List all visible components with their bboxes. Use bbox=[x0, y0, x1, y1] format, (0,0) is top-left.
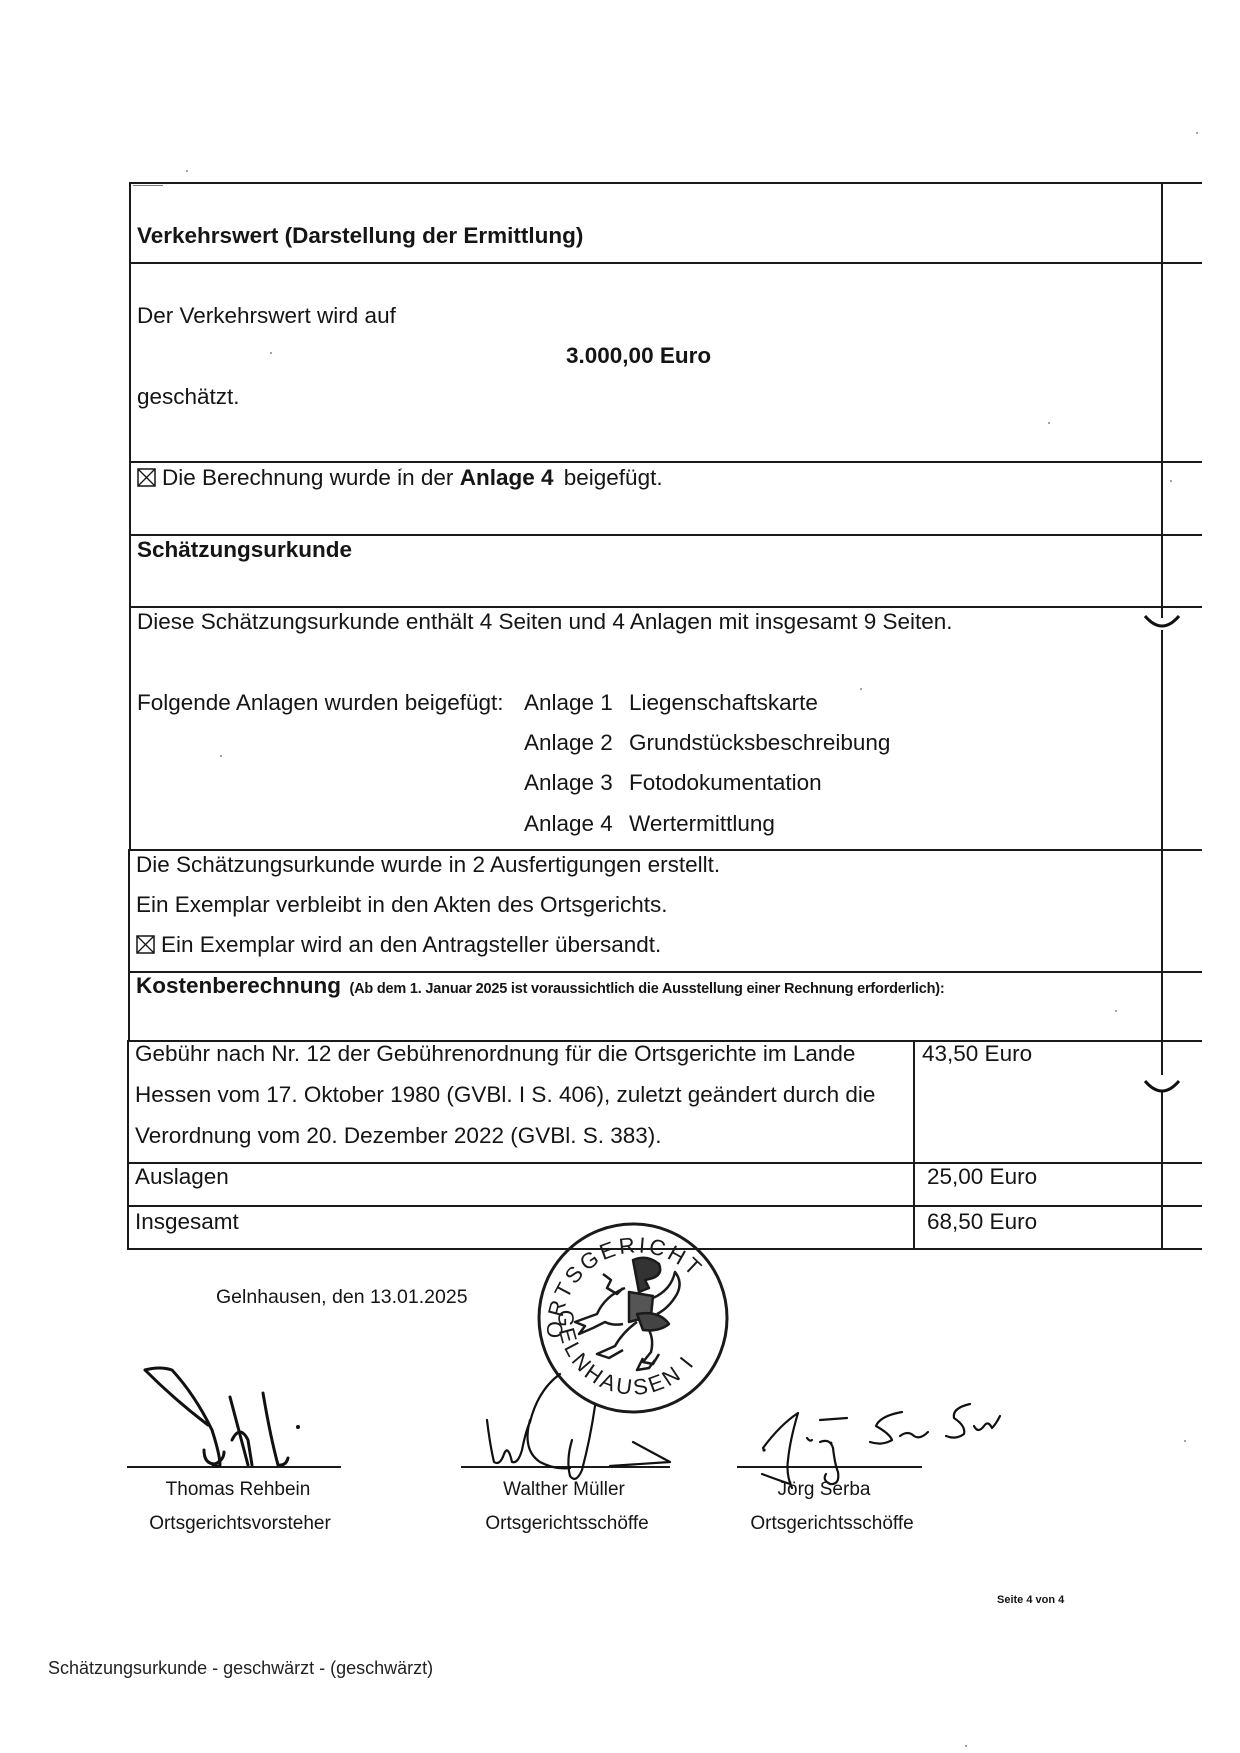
sent-line: Ein Exemplar wird an den Antragsteller ü… bbox=[136, 932, 661, 958]
attachments-label: Folgende Anlagen wurden beigefügt: bbox=[137, 690, 504, 716]
attachment-title: Fotodokumentation bbox=[629, 770, 822, 796]
checked-checkbox-icon[interactable] bbox=[137, 468, 156, 487]
cost-amount: 68,50 Euro bbox=[927, 1209, 1037, 1235]
signatory-role: Ortsgerichtsschöffe bbox=[750, 1513, 913, 1535]
signatory-name: Walther Müller bbox=[503, 1479, 625, 1501]
corner-mark bbox=[133, 185, 163, 186]
table-left-border bbox=[127, 1040, 129, 1250]
document-footer: Schätzungsurkunde - geschwärzt - (geschw… bbox=[48, 1658, 433, 1679]
valuation-outro: geschätzt. bbox=[137, 384, 240, 410]
calc-prefix: Die Berechnung wurde in der bbox=[162, 465, 453, 490]
table-right-border bbox=[1161, 1090, 1163, 1250]
cost-description-line: Verordnung vom 20. Dezember 2022 (GVBl. … bbox=[135, 1123, 662, 1149]
copies-line: Die Schätzungsurkunde wurde in 2 Ausfert… bbox=[136, 852, 720, 878]
attachment-title: Wertermittlung bbox=[629, 811, 775, 837]
table-rule bbox=[127, 1205, 1202, 1207]
signatory-name: Jörg Serba bbox=[778, 1479, 871, 1501]
table-rule bbox=[129, 262, 1202, 264]
table-rule bbox=[129, 534, 1202, 536]
sent-text: Ein Exemplar wird an den Antragsteller ü… bbox=[161, 932, 661, 957]
attachment-number: Anlage 4 bbox=[524, 811, 613, 836]
cost-description-line: Auslagen bbox=[135, 1164, 229, 1190]
valuation-intro: Der Verkehrswert wird auf bbox=[137, 303, 396, 329]
cost-amount: 43,50 Euro bbox=[922, 1041, 1032, 1067]
table-rule bbox=[128, 849, 1202, 851]
cost-column-divider bbox=[913, 1040, 915, 1250]
signature-rehbein bbox=[120, 1340, 360, 1480]
attachment-item: Anlage 1 Liegenschaftskarte bbox=[524, 690, 613, 716]
certificate-heading: Schätzungsurkunde bbox=[137, 537, 352, 563]
signatory-role: Ortsgerichtsschöffe bbox=[485, 1513, 648, 1535]
signatory-name: Thomas Rehbein bbox=[166, 1479, 311, 1501]
valuation-heading: Verkehrswert (Darstellung der Ermittlung… bbox=[137, 223, 583, 249]
attachment-item: Anlage 3 Fotodokumentation bbox=[524, 770, 613, 796]
table-left-border bbox=[129, 182, 131, 850]
attachment-item: Anlage 4 Wertermittlung bbox=[524, 811, 613, 837]
signature-mueller bbox=[460, 1370, 690, 1490]
archive-line: Ein Exemplar verbleibt in den Akten des … bbox=[136, 892, 668, 918]
binder-mark-icon bbox=[1142, 1077, 1182, 1099]
attachment-number: Anlage 2 bbox=[524, 730, 613, 755]
page-number: Seite 4 von 4 bbox=[997, 1594, 1064, 1606]
attachment-title: Grundstücksbeschreibung bbox=[629, 730, 890, 756]
costs-heading: Kostenberechnung bbox=[136, 973, 341, 998]
signatory-role: Ortsgerichtsvorsteher bbox=[149, 1513, 331, 1535]
cost-description-line: Hessen vom 17. Oktober 1980 (GVBl. I S. … bbox=[135, 1082, 875, 1108]
table-right-border bbox=[1161, 630, 1163, 1075]
valuation-amount: 3.000,00 Euro bbox=[566, 343, 711, 369]
checked-checkbox-icon[interactable] bbox=[136, 935, 155, 954]
attachment-number: Anlage 1 bbox=[524, 690, 613, 715]
place-date: Gelnhausen, den 13.01.2025 bbox=[216, 1286, 468, 1308]
calc-annex: Anlage 4 bbox=[460, 465, 554, 490]
costs-heading-row: Kostenberechnung (Ab dem 1. Januar 2025 … bbox=[136, 973, 945, 999]
calc-suffix: beigefügt. bbox=[564, 465, 663, 490]
binder-mark-icon bbox=[1142, 612, 1182, 634]
cost-description-line: Insgesamt bbox=[135, 1209, 239, 1235]
cost-description-line: Gebühr nach Nr. 12 der Gebührenordnung f… bbox=[135, 1041, 855, 1067]
table-left-border bbox=[128, 849, 130, 1041]
costs-note: (Ab dem 1. Januar 2025 ist voraussichtli… bbox=[349, 981, 944, 997]
signature-serba bbox=[730, 1380, 1010, 1495]
table-rule bbox=[127, 1162, 1202, 1164]
attachment-title: Liegenschaftskarte bbox=[629, 690, 818, 716]
table-rule bbox=[129, 606, 1202, 608]
table-rule bbox=[129, 182, 1202, 184]
cost-amount: 25,00 Euro bbox=[927, 1164, 1037, 1190]
certificate-summary: Diese Schätzungsurkunde enthält 4 Seiten… bbox=[137, 609, 953, 635]
attachment-item: Anlage 2 Grundstücksbeschreibung bbox=[524, 730, 613, 756]
table-rule bbox=[129, 461, 1202, 463]
attachment-number: Anlage 3 bbox=[524, 770, 613, 795]
table-right-border bbox=[1161, 182, 1163, 618]
